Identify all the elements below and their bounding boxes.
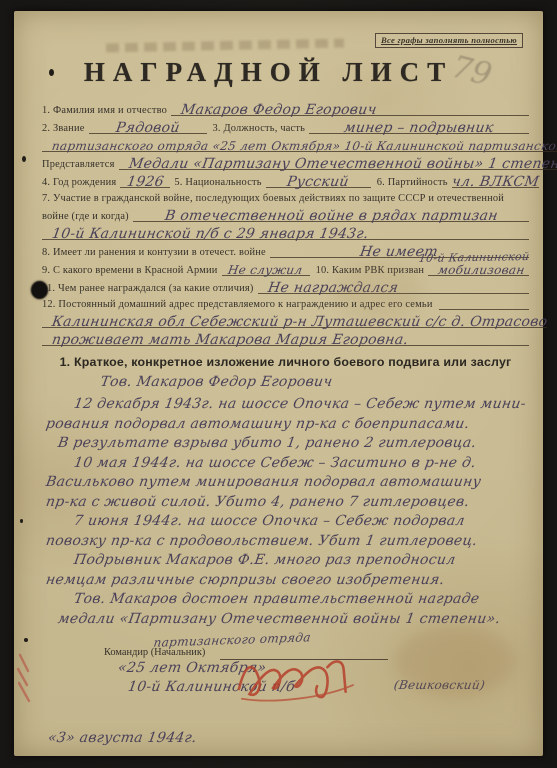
field-rank-label: 2. Звание [42, 123, 89, 134]
field-rvk-label: 10. Каким РВК призван [310, 265, 429, 276]
field-army-rvk-row: 9. С какого времени в Красной Армии Не с… [42, 258, 529, 276]
feat-line: В результате взрыва убито 1, ранено 2 ги… [57, 436, 478, 450]
field-army-since-label: 9. С какого времени в Красной Армии [42, 265, 222, 276]
field-address-rule2: проживает мать Макарова Мария Егоровна. [42, 331, 529, 346]
award-sheet-page: Все графы заполнять полностью 79 НАГРАДН… [14, 11, 543, 756]
feat-line: 12 декабря 1943г. на шоссе Опочка – Себе… [73, 397, 527, 411]
ink-speck [22, 156, 26, 162]
field-address-label: 12. Постоянный домашний адрес представля… [42, 299, 433, 310]
feat-section-header: 1. Краткое, конкретное изложение личного… [42, 355, 529, 369]
field-war-where-rule: В отечественной войне в рядах партизан [133, 207, 529, 222]
feat-line: медали «Партизану Отечественной войны 1 … [57, 612, 501, 626]
feat-line: Тов. Макаров достоен правительственной н… [73, 592, 481, 606]
field-army-since-rule: Не служил [222, 262, 310, 276]
feat-line: 10 мая 1944г. на шоссе Себеж – Заситино … [73, 456, 477, 470]
field-presented-value: Медали «Партизану Отечественной войны» 1… [127, 157, 557, 171]
field-prev-awards-rule: Не награждался [258, 279, 529, 294]
ink-speck [20, 519, 23, 523]
commander-printed-label: Командир (Начальник) [104, 647, 205, 658]
field-address-value1: Калининская обл Себежский р-н Луташевски… [51, 315, 549, 329]
field-position-rule: минер – подрывник [309, 119, 529, 134]
ink-speck [49, 69, 54, 76]
field-prev-awards-row: 11. Чем ранее награждался (за какие отли… [42, 276, 529, 294]
field-position-cont-row: партизанского отряда «25 лет Октября» 10… [42, 134, 529, 152]
field-party-value: чл. ВЛКСМ [451, 175, 540, 189]
document-title: НАГРАДНОЙ ЛИСТ [42, 57, 495, 88]
ink-speck [24, 638, 28, 642]
field-prev-awards-label: 11. Чем ранее награждался (за какие отли… [42, 283, 258, 294]
field-birthyear-label: 4. Год рождения [42, 177, 120, 188]
field-address-rule-tail [439, 309, 529, 310]
feat-line: 7 июня 1944г. на шоссе Опочка – Себеж по… [73, 514, 466, 528]
commander-signature-autograph [230, 643, 384, 708]
commander-name: (Вешковский) [393, 679, 486, 691]
field-war-participation-row: войне (где и когда) В отечественной войн… [42, 204, 529, 222]
field-position-value: минер – подрывник [343, 121, 495, 135]
field-address-value2: проживает мать Макарова Мария Егоровна. [51, 333, 409, 347]
feat-line: Васильково путем минирования подорвал ав… [45, 475, 482, 489]
field-presented-rule: Медали «Партизану Отечественной войны» 1… [119, 155, 557, 170]
red-margin-mark [14, 651, 36, 703]
field-war-cont-value: 10-й Калининской п/б с 29 января 1943г. [51, 227, 370, 241]
scanned-document: Все графы заполнять полностью 79 НАГРАДН… [0, 0, 557, 768]
field-nationality-label: 5. Национальность [170, 177, 265, 188]
faint-stamp [106, 39, 344, 53]
field-wounds-label: 8. Имеет ли ранения и контузии в отечест… [42, 247, 270, 258]
form-fields: 1. Фамилия имя и отчество Макаров Федор … [42, 98, 529, 346]
field-address-value-row2: проживает мать Макарова Мария Егоровна. [42, 328, 529, 346]
field-name-value: Макаров Федор Егорович [180, 103, 378, 117]
field-party-label: 6. Партийность [371, 177, 452, 188]
field-war-cont-rule: 10-й Калининской п/б с 29 января 1943г. [42, 225, 529, 240]
field-war-where-value: В отечественной войне в рядах партизан [163, 209, 498, 223]
commander-signature-block: партизанского отряда Командир (Начальник… [42, 635, 529, 707]
document-date: «3» августа 1944г. [47, 731, 198, 745]
feat-line: пр-ка с живой силой. Убито 4, ранено 7 г… [45, 495, 470, 509]
field-presented-label: Представляется [42, 159, 119, 170]
feat-line: рования подорвал автомашину пр-ка с боеп… [45, 417, 471, 431]
field-rank-position-row: 2. Звание Рядовой 3. Должность, часть ми… [42, 116, 529, 134]
field-position-cont-rule: партизанского отряда «25 лет Октября» 10… [42, 138, 557, 152]
field-rvk-value-overline: 10-й Калининской [418, 251, 530, 264]
field-birthyear-rule: 1926 [120, 173, 170, 188]
field-rank-rule: Рядовой [89, 119, 207, 134]
field-nationality-rule: Русский [266, 173, 371, 188]
field-birth-nationality-party-row: 4. Год рождения 1926 5. Национальность Р… [42, 170, 529, 188]
field-nationality-value: Русский [286, 175, 350, 189]
field-rank-value: Рядовой [115, 121, 181, 135]
field-war-participation-text: 7. Участие в гражданской войне, последую… [42, 193, 504, 204]
feat-line: Подрывник Макаров Ф.Е. много раз преподн… [73, 553, 457, 567]
field-war-where-label: войне (где и когда) [42, 211, 133, 222]
field-party-rule: чл. ВЛКСМ [452, 173, 539, 188]
field-war-participation-line1: 7. Участие в гражданской войне, последую… [42, 188, 529, 204]
field-rvk-value: мобилизован [437, 264, 526, 276]
field-army-since-value: Не служил [227, 264, 303, 276]
feat-line: немцам различные сюрпризы своего изобрет… [45, 573, 446, 587]
hole-punch-mark [31, 281, 48, 299]
feat-description: Тов. Макаров Федор Егорович 12 декабря 1… [42, 371, 529, 627]
field-rvk-rule: мобилизован 10-й Калининской [428, 262, 529, 276]
field-address-rule1: Калининская обл Себежский р-н Луташевски… [42, 313, 547, 328]
field-birthyear-value: 1926 [126, 175, 165, 189]
field-position-cont-value: партизанского отряда «25 лет Октября» 10… [51, 140, 557, 152]
field-position-label: 3. Должность, часть [207, 123, 310, 134]
field-presented-row: Представляется Медали «Партизану Отечест… [42, 152, 529, 170]
field-address-value-row1: Калининская обл Себежский р-н Луташевски… [42, 310, 529, 328]
field-prev-awards-value: Не награждался [266, 281, 398, 295]
field-address-line: 12. Постоянный домашний адрес представля… [42, 294, 529, 310]
field-name-row: 1. Фамилия имя и отчество Макаров Федор … [42, 98, 529, 116]
fill-all-fields-note: Все графы заполнять полностью [375, 33, 523, 48]
field-name-rule: Макаров Федор Егорович [171, 101, 529, 116]
feat-line: повозку пр-ка с продовольствием. Убит 1 … [45, 534, 479, 548]
field-name-label: 1. Фамилия имя и отчество [42, 105, 171, 116]
field-war-participation-cont-row: 10-й Калининской п/б с 29 января 1943г. [42, 222, 529, 240]
feat-intro-line: Тов. Макаров Федор Егорович [40, 375, 333, 395]
